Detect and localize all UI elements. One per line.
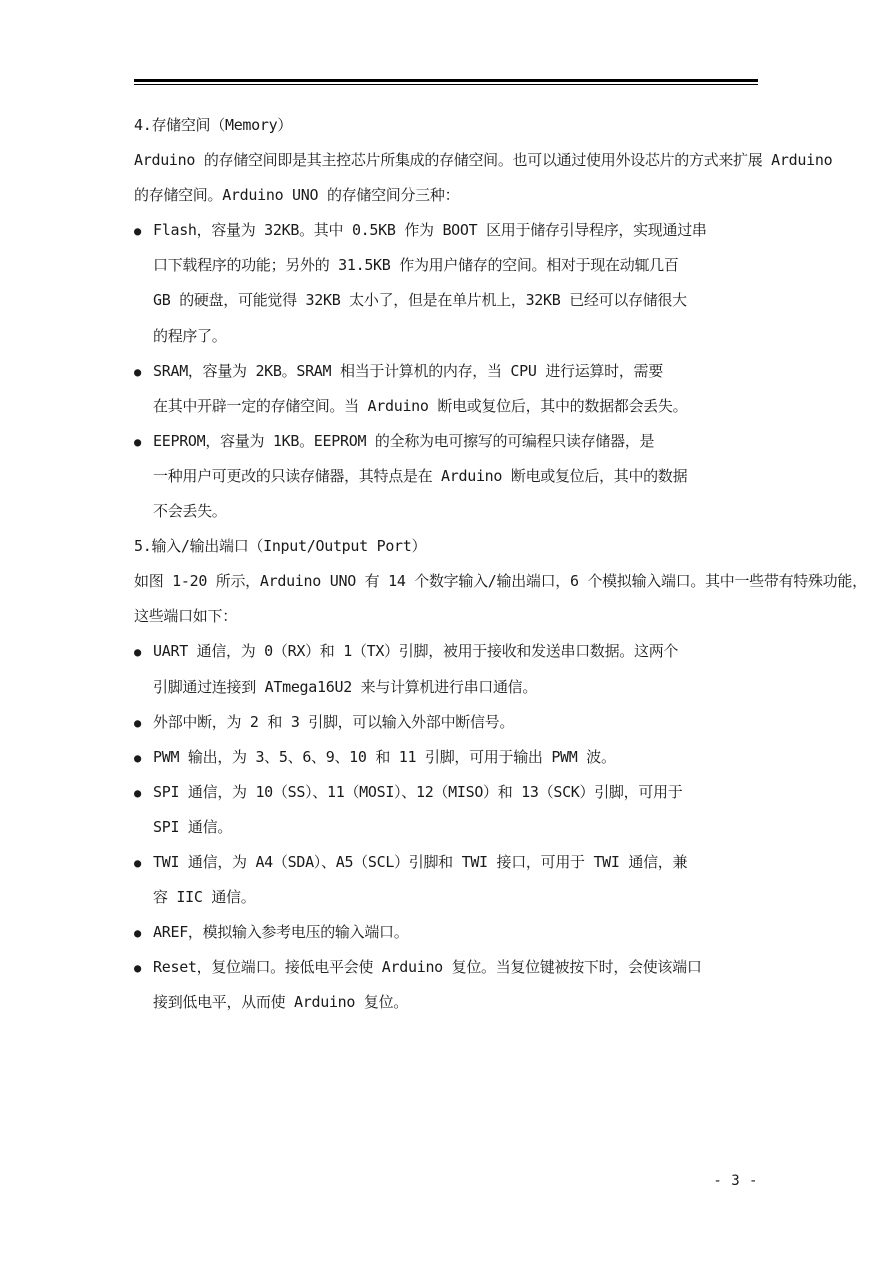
bullet-continuation-line: 不会丢失。 <box>134 494 774 529</box>
paragraph-line: 这些端口如下： <box>134 599 774 634</box>
document-page: 4.存储空间（Memory）Arduino 的存储空间即是其主控芯片所集成的存储… <box>0 0 892 1262</box>
bullet-icon: ● <box>134 425 153 460</box>
bullet-continuation-line: 在其中开辟一定的存储空间。当 Arduino 断电或复位后，其中的数据都会丢失。 <box>134 389 774 424</box>
bullet-icon: ● <box>134 776 153 811</box>
bullet-text: SRAM，容量为 2KB。SRAM 相当于计算机的内存，当 CPU 进行运算时，… <box>153 362 663 380</box>
bullet-item: ●外部中断，为 2 和 3 引脚，可以输入外部中断信号。 <box>134 705 774 740</box>
section-heading: 4.存储空间（Memory） <box>134 108 774 143</box>
bullet-continuation-line: SPI 通信。 <box>134 810 774 845</box>
bullet-continuation-line: 接到低电平，从而使 Arduino 复位。 <box>134 985 774 1020</box>
bullet-item: ●PWM 输出，为 3、5、6、9、10 和 11 引脚，可用于输出 PWM 波… <box>134 740 774 775</box>
bullet-icon: ● <box>134 706 153 741</box>
bullet-text: UART 通信，为 0（RX）和 1（TX）引脚，被用于接收和发送串口数据。这两… <box>153 642 678 660</box>
bullet-item: ●EEPROM，容量为 1KB。EEPROM 的全称为电可擦写的可编程只读存储器… <box>134 424 774 459</box>
bullet-icon: ● <box>134 635 153 670</box>
bullet-text: SPI 通信，为 10（SS）、11（MOSI）、12（MISO）和 13（SC… <box>153 783 682 801</box>
bullet-text: AREF，模拟输入参考电压的输入端口。 <box>153 923 408 941</box>
paragraph-line: Arduino 的存储空间即是其主控芯片所集成的存储空间。也可以通过使用外设芯片… <box>134 143 774 178</box>
bullet-item: ●SRAM，容量为 2KB。SRAM 相当于计算机的内存，当 CPU 进行运算时… <box>134 354 774 389</box>
bullet-continuation-line: 的程序了。 <box>134 319 774 354</box>
bullet-item: ●SPI 通信，为 10（SS）、11（MOSI）、12（MISO）和 13（S… <box>134 775 774 810</box>
header-rule <box>134 79 758 85</box>
bullet-continuation-line: GB 的硬盘，可能觉得 32KB 太小了，但是在单片机上，32KB 已经可以存储… <box>134 283 774 318</box>
bullet-continuation-line: 引脚通过连接到 ATmega16U2 来与计算机进行串口通信。 <box>134 670 774 705</box>
bullet-item: ●Flash，容量为 32KB。其中 0.5KB 作为 BOOT 区用于储存引导… <box>134 213 774 248</box>
bullet-text: 外部中断，为 2 和 3 引脚，可以输入外部中断信号。 <box>153 713 514 731</box>
paragraph-line: 的存储空间。Arduino UNO 的存储空间分三种： <box>134 178 774 213</box>
bullet-icon: ● <box>134 355 153 390</box>
bullet-item: ●UART 通信，为 0（RX）和 1（TX）引脚，被用于接收和发送串口数据。这… <box>134 634 774 669</box>
bullet-continuation-line: 口下载程序的功能；另外的 31.5KB 作为用户储存的空间。相对于现在动辄几百 <box>134 248 774 283</box>
bullet-icon: ● <box>134 741 153 776</box>
bullet-text: Flash，容量为 32KB。其中 0.5KB 作为 BOOT 区用于储存引导程… <box>153 221 707 239</box>
paragraph-line: 如图 1-20 所示，Arduino UNO 有 14 个数字输入/输出端口，6… <box>134 564 774 599</box>
bullet-text: TWI 通信，为 A4（SDA）、A5（SCL）引脚和 TWI 接口，可用于 T… <box>153 853 687 871</box>
bullet-item: ●AREF，模拟输入参考电压的输入端口。 <box>134 915 774 950</box>
bullet-continuation-line: 一种用户可更改的只读存储器，其特点是在 Arduino 断电或复位后，其中的数据 <box>134 459 774 494</box>
bullet-continuation-line: 容 IIC 通信。 <box>134 880 774 915</box>
document-body: 4.存储空间（Memory）Arduino 的存储空间即是其主控芯片所集成的存储… <box>134 108 774 1020</box>
bullet-text: Reset，复位端口。接低电平会使 Arduino 复位。当复位键被按下时，会使… <box>153 958 702 976</box>
bullet-icon: ● <box>134 214 153 249</box>
bullet-icon: ● <box>134 951 153 986</box>
section-heading: 5.输入/输出端口（Input/Output Port） <box>134 529 774 564</box>
page-number: - 3 - <box>713 1172 758 1190</box>
bullet-text: PWM 输出，为 3、5、6、9、10 和 11 引脚，可用于输出 PWM 波。 <box>153 748 616 766</box>
bullet-text: EEPROM，容量为 1KB。EEPROM 的全称为电可擦写的可编程只读存储器，… <box>153 432 654 450</box>
bullet-item: ●Reset，复位端口。接低电平会使 Arduino 复位。当复位键被按下时，会… <box>134 950 774 985</box>
bullet-icon: ● <box>134 846 153 881</box>
bullet-icon: ● <box>134 916 153 951</box>
bullet-item: ●TWI 通信，为 A4（SDA）、A5（SCL）引脚和 TWI 接口，可用于 … <box>134 845 774 880</box>
